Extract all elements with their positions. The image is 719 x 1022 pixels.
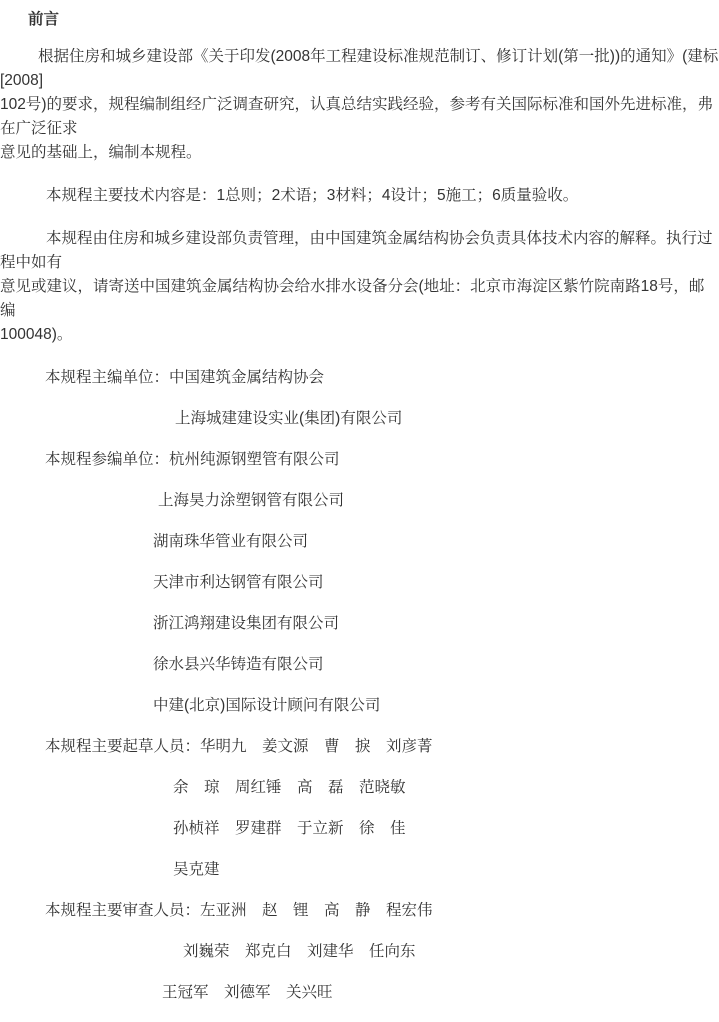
participating-unit-6: 徐水县兴华铸造有限公司 bbox=[0, 653, 719, 677]
reviewers-line-2: 刘巍荣 郑克白 刘建华 任向东 bbox=[0, 940, 719, 964]
para-administration: 本规程由住房和城乡建设部负责管理，由中国建筑金属结构协会负责具体技术内容的解释。… bbox=[0, 227, 719, 347]
drafters-line-2: 余 琼 周红锤 高 磊 范晓敏 bbox=[0, 776, 719, 800]
participating-unit-2: 上海昊力涂塑钢管有限公司 bbox=[0, 489, 719, 513]
chief-editing-unit-2: 上海城建建设实业(集团)有限公司 bbox=[0, 407, 719, 431]
drafters-line-3: 孙桢祥 罗建群 于立新 徐 佳 bbox=[0, 817, 719, 841]
reviewers-line-3: 王冠军 刘德军 关兴旺 bbox=[0, 981, 719, 1005]
participating-unit-4: 天津市利达钢管有限公司 bbox=[0, 571, 719, 595]
participating-unit-3: 湖南珠华管业有限公司 bbox=[0, 530, 719, 554]
preface-document: 前言根据住房和城乡建设部《关于印发(2008年工程建设标准规范制订、修订计划(第… bbox=[0, 8, 719, 1005]
participating-unit-5: 浙江鸿翔建设集团有限公司 bbox=[0, 612, 719, 636]
para-main-contents: 本规程主要技术内容是：1总则；2术语；3材料；4设计；5施工；6质量验收。 bbox=[0, 184, 719, 208]
preface-title: 前言 bbox=[0, 8, 719, 32]
participating-unit-7: 中建(北京)国际设计顾问有限公司 bbox=[0, 694, 719, 718]
chief-editing-unit-1: 本规程主编单位：中国建筑金属结构协会 bbox=[0, 366, 719, 390]
para-drafting-basis: 根据住房和城乡建设部《关于印发(2008年工程建设标准规范制订、修订计划(第一批… bbox=[0, 45, 719, 165]
participating-unit-1: 本规程参编单位：杭州纯源钢塑管有限公司 bbox=[0, 448, 719, 472]
drafters-line-1: 本规程主要起草人员：华明九 姜文源 曹 捩 刘彦菁 bbox=[0, 735, 719, 759]
reviewers-line-1: 本规程主要审查人员：左亚洲 赵 锂 高 静 程宏伟 bbox=[0, 899, 719, 923]
drafters-line-4: 吴克建 bbox=[0, 858, 719, 882]
